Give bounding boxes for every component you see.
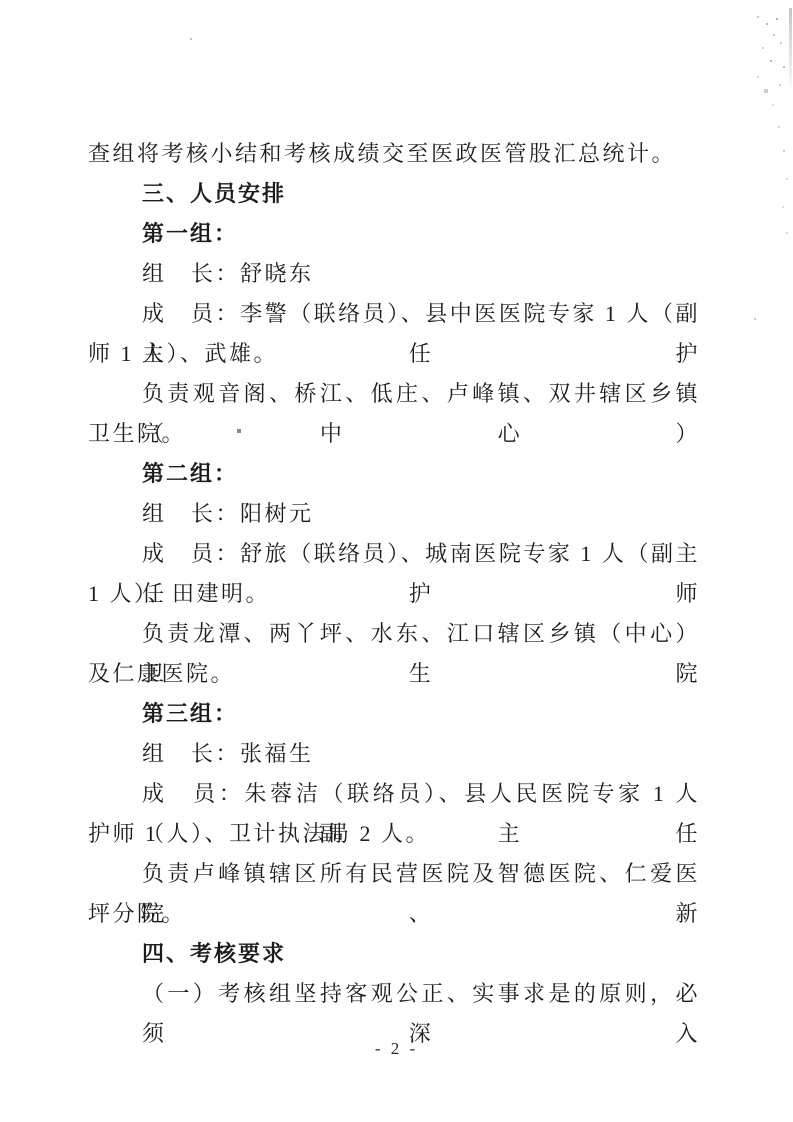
group-2-leader: 组 长：阳树元: [88, 494, 700, 534]
group-2-heading: 第二组：: [88, 454, 700, 494]
group-1-scope-line-1: 负责观音阁、桥江、低庄、卢峰镇、双井辖区乡镇（中心）: [88, 374, 700, 414]
group-3-scope-line-1: 负责卢峰镇辖区所有民营医院及智德医院、仁爱医院、新: [88, 854, 700, 894]
group-3-members-line-1: 成 员：朱蓉洁（联络员）、县人民医院专家 1 人（副主任: [88, 774, 700, 814]
section-heading-4: 四、考核要求: [88, 934, 700, 974]
document-body: 查组将考核小结和考核成绩交至医政医管股汇总统计。 三、人员安排 第一组： 组 长…: [88, 134, 700, 1014]
group-3-leader: 组 长：张福生: [88, 734, 700, 774]
group-1-leader: 组 长：舒晓东: [88, 254, 700, 294]
group-2-scope-line-1: 负责龙潭、两丫坪、水东、江口辖区乡镇（中心）卫生院: [88, 614, 700, 654]
group-1-members-line-1: 成 员：李警（联络员）、县中医医院专家 1 人（副主任护: [88, 294, 700, 334]
doc-line-continuation: 查组将考核小结和考核成绩交至医政医管股汇总统计。: [88, 134, 700, 174]
section-heading-3: 三、人员安排: [88, 174, 700, 214]
scan-edge-noise: [789, 8, 792, 90]
group-1-heading: 第一组：: [88, 214, 700, 254]
requirements-line-1: （一）考核组坚持客观公正、实事求是的原则，必须深入: [88, 974, 700, 1014]
scan-noise-speckles: [0, 0, 2, 2]
group-2-members-line-1: 成 员：舒旅（联络员）、城南医院专家 1 人（副主任护师: [88, 534, 700, 574]
scanned-document-page: 查组将考核小结和考核成绩交至医政医管股汇总统计。 三、人员安排 第一组： 组 长…: [0, 0, 793, 1122]
group-3-heading: 第三组：: [88, 694, 700, 734]
page-number: - 2 -: [0, 1038, 793, 1060]
